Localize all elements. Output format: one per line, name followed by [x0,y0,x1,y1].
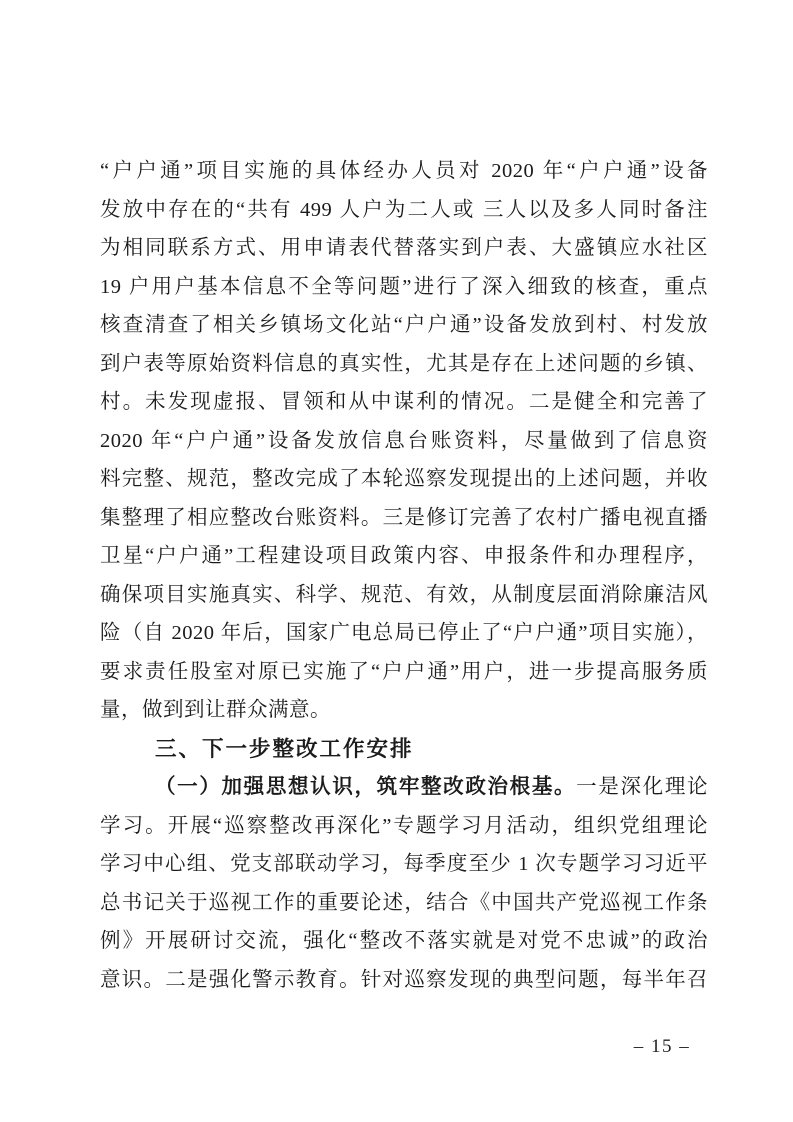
document-text-block: “户户通”项目实施的具体经办人员对 2020 年“户户通”设备 发放中存在的“共… [100,152,708,999]
body-line: 到户表等原始资料信息的真实性，尤其是存在上述问题的乡镇、 [100,345,708,384]
body-line: 意识。二是强化警示教育。针对巡察发现的典型问题，每半年召 [100,961,708,1000]
page-number: – 15 – [616,1034,708,1060]
body-line: 19 户用户基本信息不全等问题”进行了深入细致的核查，重点 [100,268,708,307]
body-line: 村。未发现虚报、冒领和从中谋利的情况。二是健全和完善了 [100,383,708,422]
body-line: 2020 年“户户通”设备发放信息台账资料，尽量做到了信息资 [100,422,708,461]
body-line: “户户通”项目实施的具体经办人员对 2020 年“户户通”设备 [100,152,708,191]
subsection-title: （一）加强思想认识，筑牢整改政治根基。 [155,776,576,798]
body-line: 料完整、规范，整改完成了本轮巡察发现提出的上述问题，并收 [100,460,708,499]
body-line: 确保项目实施真实、科学、规范、有效，从制度层面消除廉洁风 [100,576,708,615]
subsection-lead-rest: 一是深化理论 [576,776,708,798]
section-heading: 三、下一步整改工作安排 [100,730,708,769]
body-line: 例》开展研讨交流，强化“整改不落实就是对党不忠诚”的政治 [100,922,708,961]
body-line: 总书记关于巡视工作的重要论述，结合《中国共产党巡视工作条 [100,884,708,923]
document-page: “户户通”项目实施的具体经办人员对 2020 年“户户通”设备 发放中存在的“共… [0,0,793,1122]
body-line: 学习中心组、党支部联动学习，每季度至少 1 次专题学习习近平 [100,845,708,884]
body-line: 卫星“户户通”工程建设项目政策内容、申报条件和办理程序， [100,537,708,576]
body-line: 集整理了相应整改台账资料。三是修订完善了农村广播电视直播 [100,499,708,538]
body-line: 核查清查了相关乡镇场文化站“户户通”设备发放到村、村发放 [100,306,708,345]
body-line: 为相同联系方式、用申请表代替落实到户表、大盛镇应水社区 [100,229,708,268]
body-line: 险（自 2020 年后，国家广电总局已停止了“户户通”项目实施）， [100,614,708,653]
body-line: 发放中存在的“共有 499 人户为二人或 三人以及多人同时备注 [100,191,708,230]
subsection-lead-line: （一）加强思想认识，筑牢整改政治根基。一是深化理论 [100,768,708,807]
body-line: 量，做到到让群众满意。 [100,691,708,730]
body-line: 要求责任股室对原已实施了“户户通”用户，进一步提高服务质 [100,653,708,692]
body-line: 学习。开展“巡察整改再深化”专题学习月活动，组织党组理论 [100,807,708,846]
